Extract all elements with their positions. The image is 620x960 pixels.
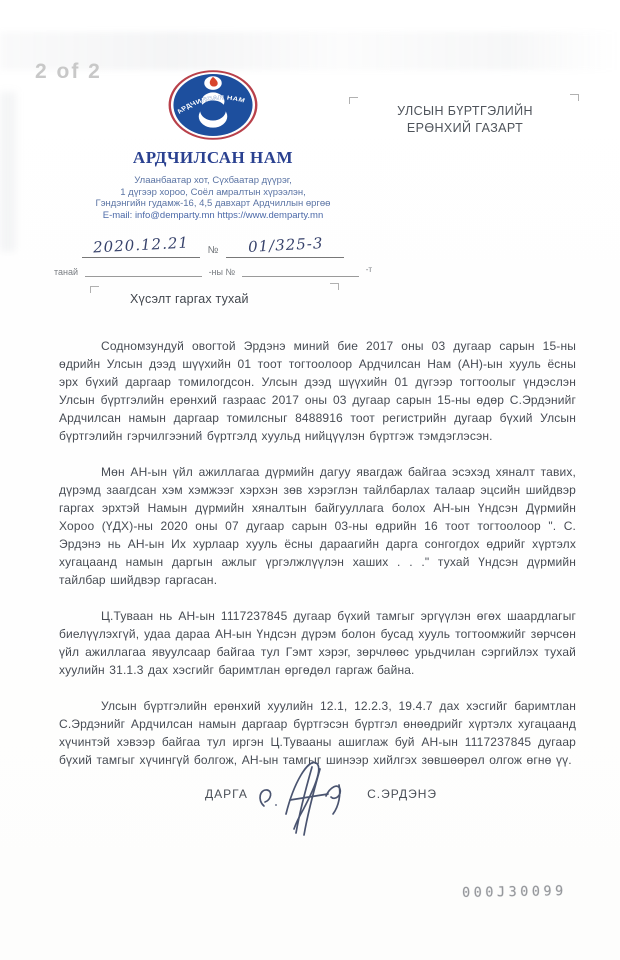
- body-paragraph: Содномзундуй овогтой Эрдэнэ миний бие 20…: [59, 337, 576, 445]
- email-line: E-mail: info@demparty.mn https://www.dem…: [40, 210, 386, 222]
- blank-line: [242, 264, 359, 277]
- signature-block: ДАРГА С.ЭРДЭНЭ: [195, 770, 437, 846]
- address-line: Улаанбаатар хот, Сүхбаатар дүүрэг,: [40, 175, 386, 187]
- recipient-line: УЛСЫН БҮРТГЭЛИЙН: [385, 103, 545, 120]
- corner-mark: [90, 286, 99, 293]
- your-reference-row: танай -ны № -т: [40, 263, 386, 277]
- body-paragraph: Ц.Туваан нь АН-ын 1117237845 дугаар бүхи…: [59, 607, 576, 679]
- body-paragraph: Мөн АН-ын үйл ажиллагаа дүрмийн дагуу яв…: [59, 463, 576, 589]
- reference-number-row: 2020.12.21 № 01/325-3: [40, 234, 386, 258]
- letterhead: АРДЧИЛСАН НАМ АРДЧИЛСАН НАМ Улаанбаатар …: [40, 66, 386, 277]
- number-sign-label: №: [208, 245, 219, 256]
- signer-name: С.ЭРДЭНЭ: [367, 787, 437, 801]
- recipient-block: УЛСЫН БҮРТГЭЛИЙН ЕРӨНХИЙ ГАЗАРТ: [385, 103, 545, 136]
- corner-mark: [349, 97, 358, 104]
- handwritten-date: 2020.12.21: [92, 234, 189, 257]
- address-line: 1 дүгээр хороо, Соёл амралтын хүрээлэн,: [40, 187, 386, 199]
- party-logo-icon: АРДЧИЛСАН НАМ: [167, 69, 259, 141]
- date-field: 2020.12.21: [82, 235, 200, 258]
- recipient-line: ЕРӨНХИЙ ГАЗАРТ: [385, 120, 545, 137]
- blank-line: [85, 264, 202, 277]
- letter-body: Содномзундуй овогтой Эрдэнэ миний бие 20…: [59, 337, 576, 787]
- signer-title: ДАРГА: [205, 787, 248, 801]
- scanned-letter-page: 2 of 2 АРДЧИЛСАН НАМ АРДЧИЛСАН НАМ Улаан…: [0, 0, 620, 960]
- party-name: АРДЧИЛСАН НАМ: [40, 148, 386, 168]
- corner-mark: [330, 283, 339, 290]
- address-line: Гэндэнгийн гудамж-16, 4,5 давхарт Ардчил…: [40, 198, 386, 210]
- subject-line: Хүсэлт гаргах тухай: [130, 292, 249, 306]
- your-ref-mid-label: -ны №: [209, 267, 236, 277]
- your-ref-suffix: -т: [366, 265, 372, 274]
- serial-number-stamp: 000J30099: [462, 883, 567, 901]
- corner-mark: [570, 94, 579, 101]
- your-ref-label: танай: [54, 267, 78, 277]
- document-number-field: 01/325-3: [226, 235, 344, 258]
- handwritten-document-number: 01/325-3: [247, 234, 323, 256]
- letterhead-address: Улаанбаатар хот, Сүхбаатар дүүрэг, 1 дүг…: [40, 175, 386, 221]
- handwritten-signature: [250, 750, 370, 838]
- scan-smudge: [0, 92, 16, 252]
